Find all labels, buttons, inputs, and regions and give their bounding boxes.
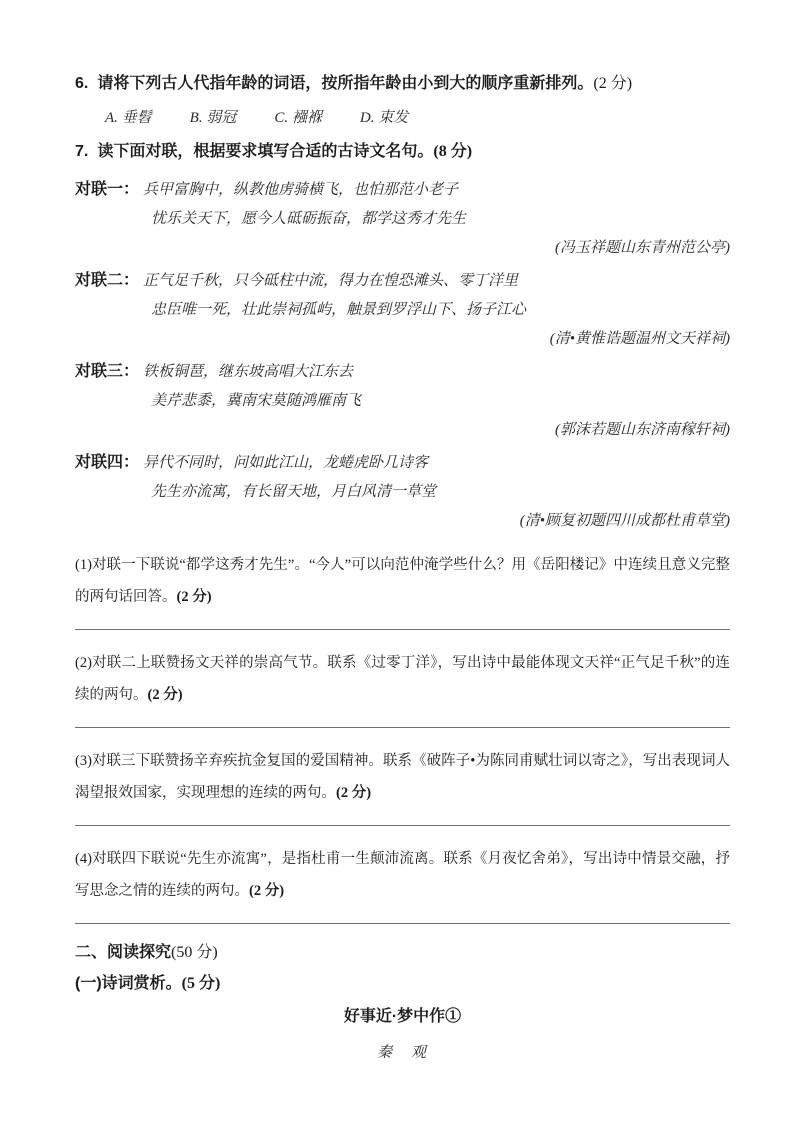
couplet-2: 对联二：正气足千秋，只今砥柱中流，得力在惶恐滩头、零丁洋里 忠臣唯一死，壮此崇祠… (75, 266, 730, 354)
option-d: D. 束发 (360, 110, 408, 126)
subquestion-4-score: (2 分) (249, 883, 284, 899)
document-page: 6.请将下列古人代指年龄的词语，按所指年龄由小到大的顺序重新排列。(2 分) A… (0, 0, 793, 1122)
subquestion-2-score: (2 分) (148, 687, 183, 703)
couplet-1-upper: 对联一：兵甲富胸中，纵教他虏骑横飞，也怕那范小老子 (75, 175, 730, 205)
couplet-2-line1: 正气足千秋，只今砥柱中流，得力在惶恐滩头、零丁洋里 (143, 273, 518, 289)
answer-blank-line (75, 727, 730, 728)
couplet-2-attribution: (清•黄惟诰题温州文天祥祠) (75, 325, 730, 354)
couplet-1-line1: 兵甲富胸中，纵教他虏骑横飞，也怕那范小老子 (143, 182, 458, 198)
couplet-4: 对联四：异代不同时，问如此江山，龙蜷虎卧几诗客 先生亦流寓，有长留天地，月白风清… (75, 448, 730, 536)
answer-blank-line (75, 825, 730, 826)
option-a: A. 垂髫 (105, 110, 152, 126)
subquestion-1-score: (2 分) (177, 589, 212, 605)
poem-title: 好事近·梦中作① (75, 1005, 730, 1029)
option-b: B. 弱冠 (190, 110, 237, 126)
couplet-4-line2: 先生亦流寓，有长留天地，月白风清一草堂 (75, 478, 730, 507)
question-7-score: (8 分) (433, 143, 472, 160)
couplet-3-line2: 美芹悲黍，冀南宋莫随鸿雁南飞 (75, 387, 730, 416)
subquestion-4-text: (4)对联四下联说“先生亦流寓”，是指杜甫一生颠沛流离。联系《月夜忆舍弟》，写出… (75, 843, 730, 907)
poem-author: 秦 观 (75, 1041, 730, 1065)
section-2-sub-heading: (一)诗词赏析。(5 分) (75, 972, 730, 996)
couplet-2-label: 对联二： (75, 272, 139, 289)
section-2-heading: 二、阅读探究(50 分) (75, 941, 730, 965)
question-6-options: A. 垂髫B. 弱冠C. 襁褓D. 束发 (75, 107, 730, 129)
subquestion-1-text: (1)对联一下联说“都学这秀才先生”。“今人”可以向范仲淹学些什么？用《岳阳楼记… (75, 549, 730, 613)
question-7-text: 读下面对联，根据要求填写合适的古诗文名句。 (97, 143, 433, 160)
couplet-3: 对联三：铁板铜琶，继东坡高唱大江东去 美芹悲黍，冀南宋莫随鸿雁南飞 (郭沫若题山… (75, 357, 730, 445)
couplet-1: 对联一：兵甲富胸中，纵教他虏骑横飞，也怕那范小老子 忧乐关天下，愿今人砥砺振奋，… (75, 175, 730, 263)
couplet-2-line2: 忠臣唯一死，壮此崇祠孤屿，触景到罗浮山下、扬子江心 (75, 296, 730, 325)
option-c: C. 襁褓 (274, 110, 322, 126)
question-6-number: 6. (75, 75, 88, 92)
couplet-4-attribution: (清•顾复初题四川成都杜甫草堂) (75, 507, 730, 536)
couplet-1-attribution: (冯玉祥题山东青州范公亭) (75, 234, 730, 263)
question-6-heading: 6.请将下列古人代指年龄的词语，按所指年龄由小到大的顺序重新排列。(2 分) (75, 72, 730, 95)
couplet-3-upper: 对联三：铁板铜琶，继东坡高唱大江东去 (75, 357, 730, 387)
subquestion-1: (1)对联一下联说“都学这秀才先生”。“今人”可以向范仲淹学些什么？用《岳阳楼记… (75, 549, 730, 630)
question-7-heading: 7.读下面对联，根据要求填写合适的古诗文名句。(8 分) (75, 140, 730, 163)
subquestion-3-score: (2 分) (336, 785, 371, 801)
answer-blank-line (75, 923, 730, 924)
section-2-sub-score: (5 分) (182, 975, 221, 992)
couplet-3-attribution: (郭沫若题山东济南稼轩祠) (75, 416, 730, 445)
subquestion-3-text: (3)对联三下联赞扬辛弃疾抗金复国的爱国精神。联系《破阵子•为陈同甫赋壮词以寄之… (75, 745, 730, 809)
couplet-1-label: 对联一： (75, 181, 139, 198)
question-6-text: 请将下列古人代指年龄的词语，按所指年龄由小到大的顺序重新排列。 (97, 75, 593, 92)
couplet-4-line1: 异代不同时，问如此江山，龙蜷虎卧几诗客 (143, 455, 428, 471)
couplet-4-label: 对联四： (75, 454, 139, 471)
couplet-4-upper: 对联四：异代不同时，问如此江山，龙蜷虎卧几诗客 (75, 448, 730, 478)
section-2-score: (50 分) (171, 944, 218, 961)
subquestion-2-text: (2)对联二上联赞扬文天祥的崇高气节。联系《过零丁洋》，写出诗中最能体现文天祥“… (75, 647, 730, 711)
question-6-score: (2 分) (593, 75, 632, 92)
couplet-1-line2: 忧乐关天下，愿今人砥砺振奋，都学这秀才先生 (75, 205, 730, 234)
couplet-3-line1: 铁板铜琶，继东坡高唱大江东去 (143, 364, 353, 380)
answer-blank-line (75, 629, 730, 630)
question-7-number: 7. (75, 143, 88, 160)
subquestion-3: (3)对联三下联赞扬辛弃疾抗金复国的爱国精神。联系《破阵子•为陈同甫赋壮词以寄之… (75, 745, 730, 826)
subquestion-2: (2)对联二上联赞扬文天祥的崇高气节。联系《过零丁洋》，写出诗中最能体现文天祥“… (75, 647, 730, 728)
couplet-list: 对联一：兵甲富胸中，纵教他虏骑横飞，也怕那范小老子 忧乐关天下，愿今人砥砺振奋，… (75, 175, 730, 536)
subquestion-4: (4)对联四下联说“先生亦流寓”，是指杜甫一生颠沛流离。联系《月夜忆舍弟》，写出… (75, 843, 730, 924)
couplet-3-label: 对联三： (75, 363, 139, 380)
couplet-2-upper: 对联二：正气足千秋，只今砥柱中流，得力在惶恐滩头、零丁洋里 (75, 266, 730, 296)
